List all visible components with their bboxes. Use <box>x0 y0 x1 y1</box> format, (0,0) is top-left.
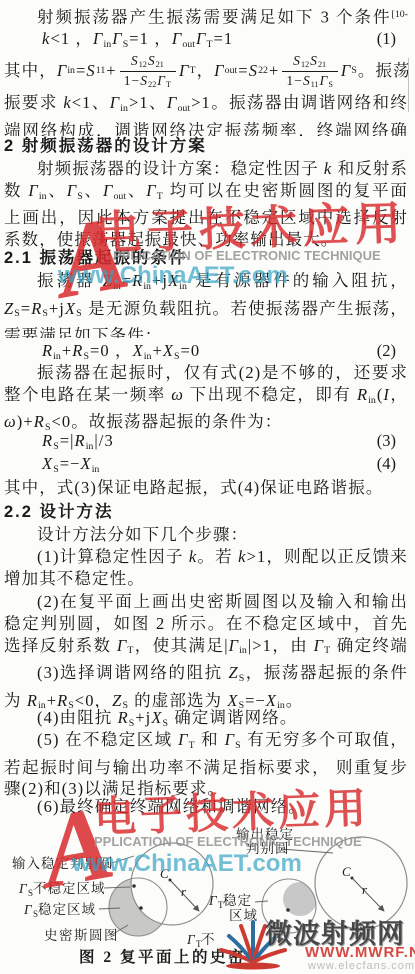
equation-4: XS=−Xin(4) <box>4 453 408 477</box>
para-formula-continued: 振要求 k<1、Γin>1、Γout>1。振荡器由调谐网络和终端网络构成，调谐网… <box>4 92 408 136</box>
para-step-3: (3)选择调谐网络的阻抗 ZS，振荡器起振的条件为 Rin+RS<0，ZS 的虚… <box>4 662 408 708</box>
output-stability-circle-label-1: 输出稳定 <box>236 827 294 842</box>
equation-body: RS=|Rin|/3 <box>42 430 114 454</box>
heading-section-2-2: 2.2 设计方法 <box>4 502 408 524</box>
gamma-s-stable-label: 稳定区域 <box>38 902 96 917</box>
para-step-6: (6)最终确定终端网络和调谐网络。 <box>4 796 408 820</box>
gamma-symbol: Γ <box>23 902 33 917</box>
gamma-t-unstable-label: 不 <box>201 932 215 947</box>
scan-edge-artifact <box>408 58 409 112</box>
para-design-scheme: 射频振荡器的设计方案：稳定性因子 k 和反射系数 Γin、ΓS、Γout、ΓT … <box>4 158 408 248</box>
heading-section-2-1: 2.1 振荡器起振的条件 <box>4 248 408 270</box>
scanned-paper-page: 射频振荡器产生振荡需要满足如下 3 个条件[10-11]：k<1 ，ΓinΓS=… <box>0 0 415 974</box>
para-step-1: (1)计算稳定性因子 k。若 k>1，则配以正反馈来增加其不稳定性。 <box>4 546 408 592</box>
equation-body: Rin+RS=0 ，Xin+XS=0 <box>42 340 200 364</box>
right-radius-label: r <box>362 882 368 897</box>
gamma-s-point <box>132 884 136 888</box>
para-oscillation-conditions: 射频振荡器产生振荡需要满足如下 3 个条件[10-11]： <box>4 4 408 28</box>
para-eq-notes: 其中，式(3)保证电路起振，式(4)保证电路谐振。 <box>4 477 408 501</box>
para-impedance: 振荡器 Zin=Rin+jXin 是有源器件的输入阻抗，ZS=RS+jXS 是无… <box>4 270 408 338</box>
gamma-symbol: Γ <box>18 881 28 896</box>
right-center-label: C <box>342 864 351 879</box>
equation-2: Rin+RS=0 ，Xin+XS=0(2) <box>4 340 408 364</box>
left-center-label: C <box>160 866 169 881</box>
gamma-t-stable-label-2: 区域 <box>229 908 258 923</box>
para-steps-intro: 设计方法分如下几个步骤： <box>4 524 408 548</box>
equation-number: (4) <box>377 453 396 475</box>
equation-body: XS=−Xin <box>42 453 100 477</box>
gamma-t-point <box>286 908 290 912</box>
smith-chart-label: 史密斯圆图 <box>44 928 119 943</box>
equation-3: RS=|Rin|/3(3) <box>4 430 408 454</box>
left-diagram: C r <box>109 843 213 936</box>
equation-1: k<1 ，ΓinΓS=1 ，ΓoutΓT=1(1) <box>4 28 408 52</box>
gamma-symbol: Γ <box>208 893 218 908</box>
para-step-4: (4)由阻抗 RS+jXS 确定调谐网络。 <box>4 707 408 731</box>
equation-number: (1) <box>377 28 396 50</box>
para-instability: 振荡器在起振时，仅有式(2)是不够的，还要求整个电路在某一频率 ω 下出现不稳定… <box>4 362 408 430</box>
equation-number: (3) <box>377 430 396 452</box>
output-stability-circle <box>315 837 407 929</box>
gamma-t-stable-label: 稳定 <box>223 893 252 908</box>
gamma-s-unstable-label: 不稳定区域 <box>33 881 106 896</box>
para-step-2: (2)在复平面上画出史密斯圆图以及输入和输出稳定判别圆，如图 2 所示。在不稳定… <box>4 591 408 661</box>
heading-section-2: 2 射频振荡器的设计方案 <box>4 136 408 158</box>
equation-body: k<1 ，ΓinΓS=1 ，ΓoutΓT=1 <box>42 28 233 52</box>
gamma-s-point-2 <box>139 906 143 910</box>
equation-number: (2) <box>377 340 396 362</box>
right-radius-arrow <box>353 879 384 911</box>
para-formula-row: 其中，Γin=S11+S12S211−S22ΓTΓT，Γout=S22+S12S… <box>4 50 408 92</box>
figure-caption: 图 2 复平面上的史密 <box>79 947 246 966</box>
figure-2-smith-chart-diagram: C r C r 输入稳定判别圆 Γ S 不稳定区 <box>0 820 415 974</box>
gamma-symbol: Γ <box>186 932 196 947</box>
para-step-5: (5) 在不稳定区域 ΓT 和 ΓS 有无穷多个可取值，若起振时间与输出功率不满… <box>4 729 408 797</box>
input-stability-circle-label: 输入稳定判别圆 <box>12 855 114 871</box>
output-stability-circle-label-2: 判别圆 <box>246 840 290 856</box>
